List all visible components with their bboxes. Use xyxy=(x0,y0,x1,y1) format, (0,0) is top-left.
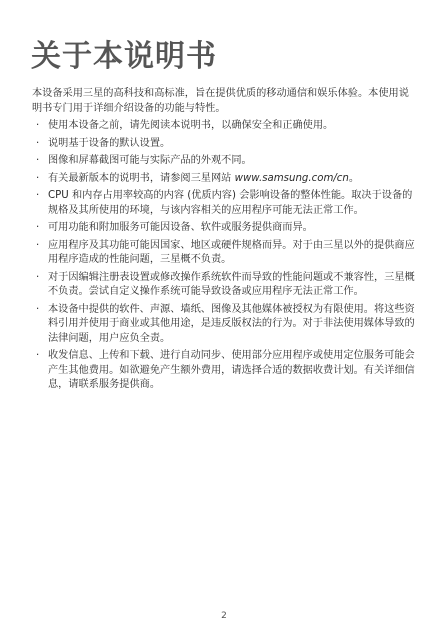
bullet-icon: · xyxy=(36,154,39,169)
list-item: ·可用功能和附加服务可能因设备、软件或服务提供商而异。 xyxy=(32,221,418,236)
list-item: ·图像和屏幕截图可能与实际产品的外观不同。 xyxy=(32,154,418,169)
list-item-text: 应用程序及其功能可能因国家、地区或硬件规格而异。对于由三星以外的提供商应用程序造… xyxy=(48,240,415,266)
list-item-text: CPU 和内存占用率较高的内容 (优质内容) 会影响设备的整体性能。取决于设备的… xyxy=(48,190,412,216)
list-item: ·应用程序及其功能可能因国家、地区或硬件规格而异。对于由三星以外的提供商应用程序… xyxy=(32,239,418,268)
samsung-website-link[interactable]: www.samsung.com/cn xyxy=(235,173,349,184)
bullet-icon: · xyxy=(36,221,39,236)
list-item: ·本设备中提供的软件、声源、墙纸、图像及其他媒体被授权为有限使用。将这些资料引用… xyxy=(32,303,418,347)
list-item-text: 本设备中提供的软件、声源、墙纸、图像及其他媒体被授权为有限使用。将这些资料引用并… xyxy=(48,304,415,344)
list-item: ·对于因编辑注册表设置或修改操作系统软件而导致的性能问题或不兼容性，三星概不负责… xyxy=(32,271,418,300)
list-item-text: 使用本设备之前，请先阅读本说明书，以确保安全和正确使用。 xyxy=(48,120,333,131)
list-item: ·使用本设备之前，请先阅读本说明书，以确保安全和正确使用。 xyxy=(32,119,418,134)
bullet-icon: · xyxy=(36,172,39,187)
bullet-icon: · xyxy=(36,303,39,318)
list-item-text: 有关最新版本的说明书，请参阅三星网站 xyxy=(48,173,235,184)
bullet-icon: · xyxy=(36,119,39,134)
page-title: 关于本说明书 xyxy=(31,38,217,76)
list-item-text: 收发信息、上传和下载、进行自动同步、使用部分应用程序或使用定位服务可能会产生其他… xyxy=(48,350,415,390)
bullet-icon: · xyxy=(36,137,39,152)
list-item-suffix: 。 xyxy=(349,173,359,184)
list-item-text: 对于因编辑注册表设置或修改操作系统软件而导致的性能问题或不兼容性，三星概不负责。… xyxy=(48,272,415,298)
document-page: 关于本说明书 本设备采用三星的高科技和高标准，旨在提供优质的移动通信和娱乐体验。… xyxy=(0,0,448,632)
bullet-icon: · xyxy=(36,271,39,286)
bullet-icon: · xyxy=(36,189,39,204)
page-number: 2 xyxy=(0,611,448,621)
list-item: ·有关最新版本的说明书，请参阅三星网站 www.samsung.com/cn。 xyxy=(32,172,418,187)
list-item: ·CPU 和内存占用率较高的内容 (优质内容) 会影响设备的整体性能。取决于设备… xyxy=(32,189,418,218)
list-item: ·收发信息、上传和下载、进行自动同步、使用部分应用程序或使用定位服务可能会产生其… xyxy=(32,349,418,393)
notice-list: ·使用本设备之前，请先阅读本说明书，以确保安全和正确使用。 ·说明基于设备的默认… xyxy=(32,119,418,396)
bullet-icon: · xyxy=(36,349,39,364)
intro-paragraph: 本设备采用三星的高科技和高标准，旨在提供优质的移动通信和娱乐体验。本使用说明书专… xyxy=(32,87,418,116)
list-item-text: 图像和屏幕截图可能与实际产品的外观不同。 xyxy=(48,155,252,166)
list-item-text: 可用功能和附加服务可能因设备、软件或服务提供商而异。 xyxy=(48,222,313,233)
bullet-icon: · xyxy=(36,239,39,254)
list-item: ·说明基于设备的默认设置。 xyxy=(32,137,418,152)
list-item-text: 说明基于设备的默认设置。 xyxy=(48,138,170,149)
